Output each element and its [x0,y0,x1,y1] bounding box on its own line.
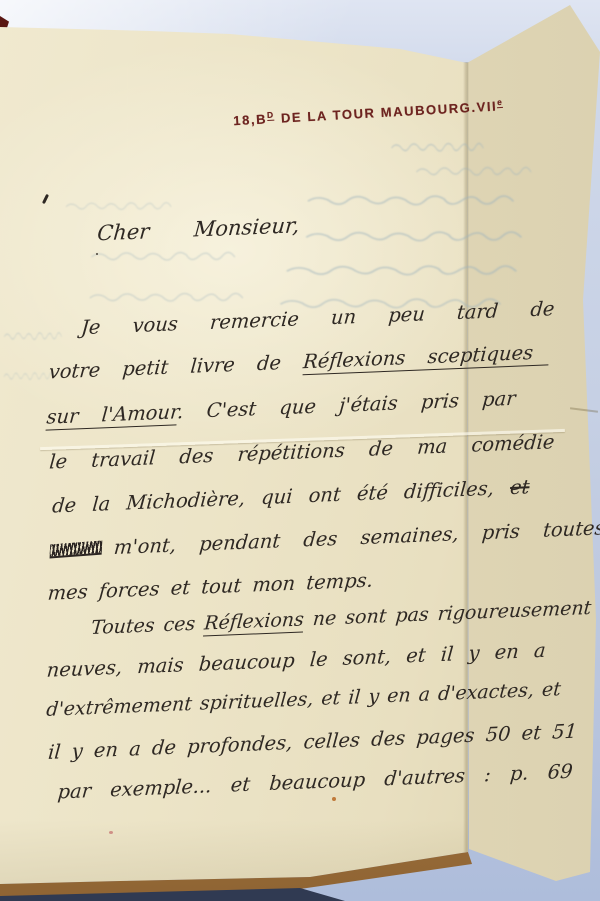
handwritten-line: sur l'Amour. C'est que j'étais pris par [46,387,516,429]
struck-word: et [509,475,530,499]
handwritten-line: par exemple... et beaucoup d'autres : p.… [57,760,573,804]
letter-photograph: 18,BD DE LA TOUR MAUBOURG.VIIe Cher Mons… [0,0,600,901]
handwritten-line: m'ont, pendant des semaines, pris toutes [50,516,600,561]
line-text: votre petit livre de [48,350,304,383]
line-text: . C'est que j'étais pris par [176,387,516,424]
handwritten-line: de la Michodière, qui ont été difficiles… [52,475,530,517]
handwritten-line: Toutes ces Réflexions ne sont pas rigour… [91,597,592,639]
underlined-book-title: sur l'Amour [46,400,179,430]
line-text: m'ont, pendant des semaines, pris toutes [113,516,600,559]
handwritten-line: mes forces et tout mon temps. [47,569,373,605]
handwritten-line: d'extrêmement spirituelles, et il y en a… [46,678,561,721]
scribbled-out-word [50,541,103,559]
handwritten-line: Je vous remercie un peu tard de [81,297,555,339]
salutation: Cher Monsieur, [97,213,300,245]
underlined-word: Réflexions [203,608,305,636]
handwritten-line: il y en a de profondes, celles des pages… [48,720,578,764]
line-text: Toutes ces [90,612,205,639]
line-text: de la Michodière, qui ont été difficiles… [51,476,511,517]
handwritten-line: le travail des répétitions de ma comédie [49,430,555,473]
handwritten-letter-body: Cher Monsieur, Je vous remercie un peu t… [0,0,600,901]
handwritten-line: neuves, mais beaucoup le sont, et il y e… [46,639,546,682]
handwritten-line: votre petit livre de Réflexions sceptiqu… [48,340,549,383]
line-text: ne sont pas rigoureusement [303,597,592,631]
underlined-book-title: Réflexions sceptiques [302,340,550,375]
